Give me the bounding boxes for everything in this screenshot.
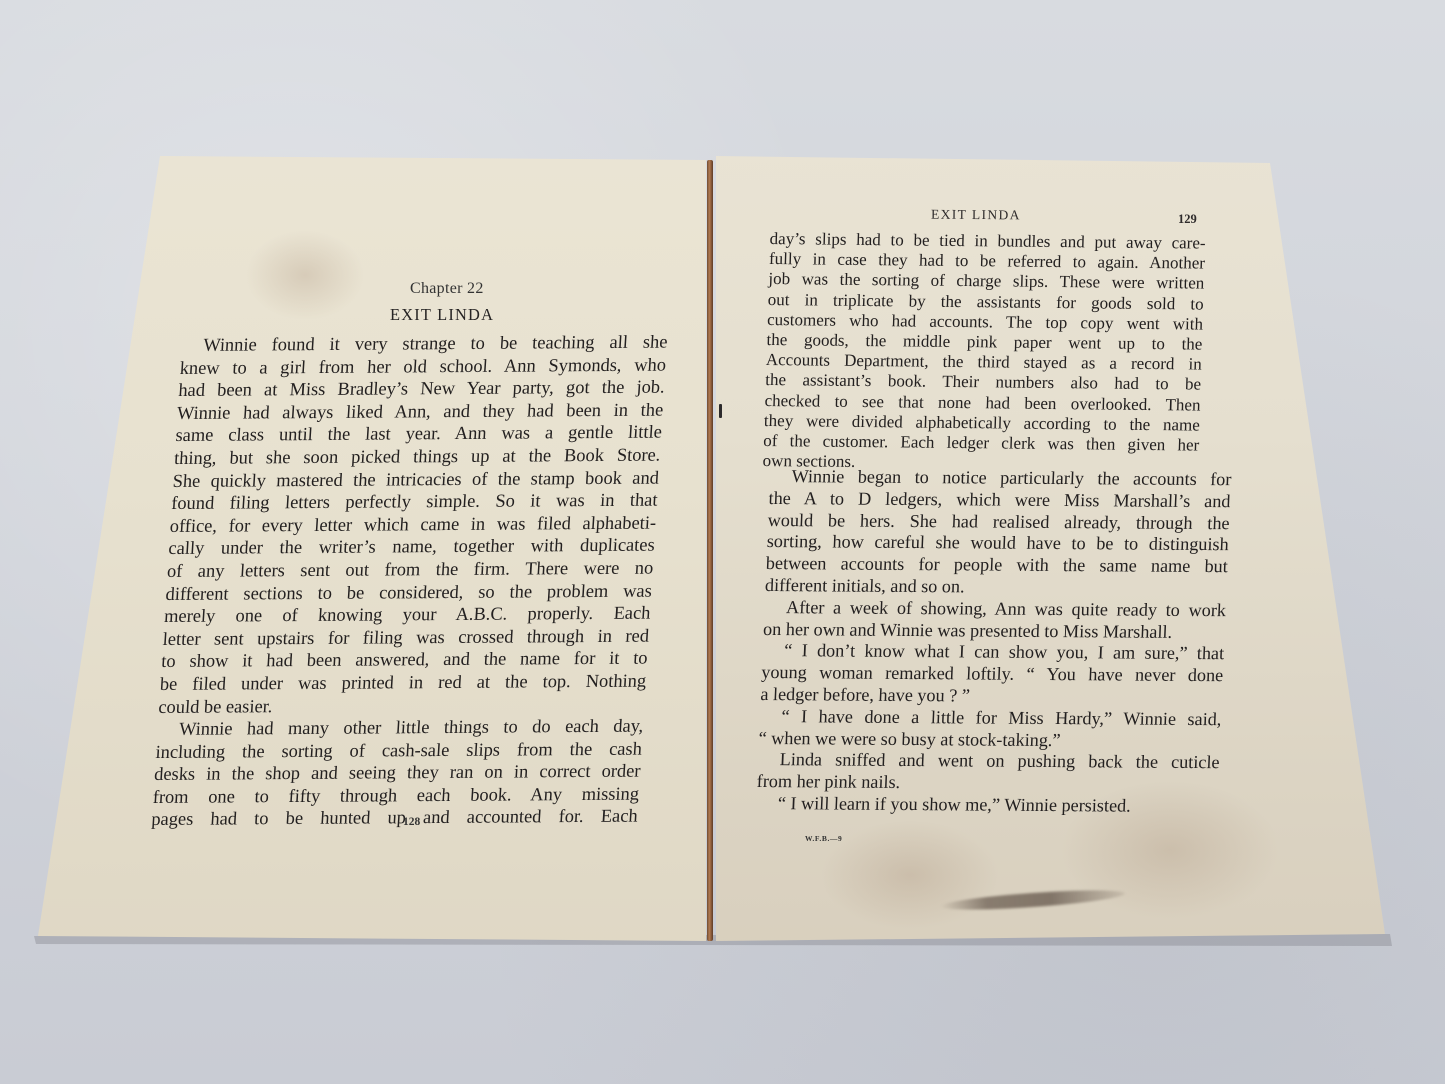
text-line: to show it had been answered, and the na… xyxy=(161,647,649,673)
text-line: thing, but she soon picked things up at … xyxy=(173,444,661,470)
text-line: “ when we were so busy at stock-taking.” xyxy=(758,728,1221,753)
text-line: from her pink nails. xyxy=(756,771,1219,796)
page-number-right: 129 xyxy=(1178,212,1197,227)
text-line: same class until the last year. Ann was … xyxy=(175,421,663,447)
text-line: between accounts for people with the sam… xyxy=(765,553,1228,578)
right-page-body-upper: day’s slips had to be tied in bundles an… xyxy=(762,229,1205,476)
text-line: “ I will learn if you show me,” Winnie p… xyxy=(755,793,1218,818)
text-line: different sections to be considered, so … xyxy=(165,579,653,605)
text-line: found filing letters perfectly simple. S… xyxy=(171,489,659,515)
text-line: office, for every letter which came in w… xyxy=(169,511,657,537)
text-line: knew to a girl from her old school. Ann … xyxy=(179,353,667,379)
signature-mark: W.F.B.—9 xyxy=(805,834,842,843)
left-page-body: Winnie found it very strange to be teach… xyxy=(151,331,669,831)
text-line: a ledger before, have you ? ” xyxy=(760,684,1223,709)
page-number-left: 128 xyxy=(403,816,420,828)
text-line: of any letters sent out from the firm. T… xyxy=(166,557,654,583)
text-line: different initials, and so on. xyxy=(765,575,1228,600)
text-line: Winnie began to notice particularly the … xyxy=(769,466,1232,491)
text-line: young woman remarked loftily. “ You have… xyxy=(761,662,1224,687)
text-line: “ I don’t know what I can show you, I am… xyxy=(762,640,1225,665)
text-line: Linda sniffed and went on pushing back t… xyxy=(757,749,1220,774)
text-line: “ I have done a little for Miss Hardy,” … xyxy=(759,706,1222,731)
paper-stain xyxy=(245,230,365,320)
right-page-body-lower: Winnie began to notice particularly the … xyxy=(755,466,1231,818)
text-line: from one to fifty through each book. Any… xyxy=(152,782,640,808)
text-line: merely one of knowing your A.B.C. proper… xyxy=(164,602,652,628)
text-line: cally under the writer’s name, together … xyxy=(168,534,656,560)
text-line: Winnie found it very strange to be teach… xyxy=(181,331,669,357)
text-line: could be easier. xyxy=(158,692,646,718)
text-line: had been at Miss Bradley’s New Year part… xyxy=(178,376,666,402)
text-line: desks in the shop and seeing they ran on… xyxy=(154,760,642,786)
paper-stain xyxy=(820,820,1000,930)
text-line: on her own and Winnie was presented to M… xyxy=(763,619,1226,644)
text-line: pages had to be hunted up and accounted … xyxy=(151,805,639,831)
text-line: be filed under was printed in red at the… xyxy=(159,670,647,696)
text-line: sorting, how careful she would have to b… xyxy=(766,531,1229,556)
text-line: would be hers. She had realised already,… xyxy=(767,510,1230,535)
chapter-title: EXIT LINDA xyxy=(390,305,494,325)
text-line: She quickly mastered the intricacies of … xyxy=(172,466,660,492)
running-head: EXIT LINDA xyxy=(931,207,1021,224)
text-line: Winnie had many other little things to d… xyxy=(156,715,644,741)
text-line: the A to D ledgers, which were Miss Mars… xyxy=(768,488,1231,513)
chapter-label: Chapter 22 xyxy=(410,280,484,298)
text-line: including the sorting of cash-sale slips… xyxy=(155,737,643,763)
binding-staple xyxy=(719,404,722,418)
book-spine xyxy=(707,160,713,941)
text-line: After a week of showing, Ann was quite r… xyxy=(764,597,1227,622)
text-line: Winnie had always liked Ann, and they ha… xyxy=(176,398,664,424)
